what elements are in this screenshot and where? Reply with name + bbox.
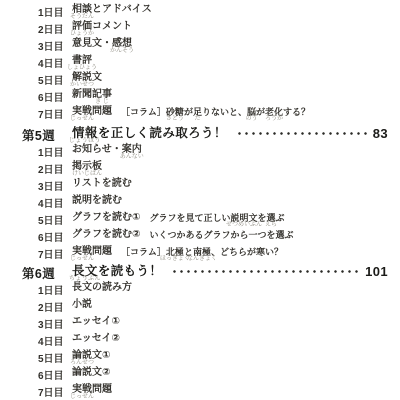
toc-day-row: 4日目エッセイ② — [0, 333, 400, 350]
column-note: ［コラム］砂糖さとうが足たりないと、脳のうが老化ろうかする？ — [121, 106, 310, 118]
toc-day-row: 4日目説明を読む — [0, 195, 400, 212]
toc-day-row: 1日目長文の読み方 — [0, 282, 400, 299]
day-title: 長文の読み方 — [72, 282, 132, 293]
text-segment: とアドバイス — [92, 4, 152, 15]
text-segment: エッセイ② — [72, 333, 120, 344]
text-segment: 選えら — [267, 213, 276, 224]
kanji-text: 問題 — [92, 106, 112, 117]
day-label: 5日目 — [38, 72, 72, 87]
day-label: 4日目 — [38, 333, 72, 348]
furigana: かいせつ — [70, 82, 94, 88]
text-segment: 長文ちょうぶん — [72, 266, 98, 277]
furigana: じっせん — [70, 394, 94, 400]
kanji-text: を読もう！ — [98, 264, 163, 278]
text-segment: が — [184, 107, 193, 118]
kanji-text: 問題 — [92, 384, 112, 395]
kanji-text: とアドバイス — [92, 4, 152, 15]
text-segment: リストを読む — [72, 178, 132, 189]
day-label: 7日目 — [38, 384, 72, 399]
text-segment: コメント — [92, 21, 132, 32]
text-segment: 案内あんない — [122, 144, 142, 155]
day-label: 3日目 — [38, 178, 72, 193]
dotted-leader — [171, 270, 360, 273]
text-segment: ［コラム］ — [121, 107, 166, 118]
day-label: 2日目 — [38, 21, 72, 36]
kanji-text: ［コラム］ — [121, 107, 166, 117]
week-number: 第6週 — [22, 264, 72, 282]
kanji-text: グラフを読む② — [72, 229, 140, 240]
text-segment: 相談そうだん — [72, 4, 92, 15]
text-segment: 文 — [92, 72, 102, 83]
day-label: 7日目 — [38, 246, 72, 261]
text-segment: 老化ろうか — [265, 107, 283, 118]
text-segment: 実戦じっせん — [72, 246, 92, 257]
furigana: けいじばん — [72, 171, 102, 177]
day-label: 5日目 — [38, 350, 72, 365]
day-title: 掲示板けいじばん — [72, 161, 102, 172]
toc-day-row: 6日目論説文② — [0, 367, 400, 384]
kanji-text: 説明を読む — [72, 195, 122, 206]
day-title: グラフを読む② — [72, 229, 140, 240]
day-title: 論説文② — [72, 367, 110, 378]
column-note: ［コラム］北極ほっきょくと南極なんきょく、どちらが寒い？ — [121, 246, 283, 258]
kanji-text: 文 — [92, 72, 102, 83]
page-number: 83 — [373, 126, 388, 141]
text-segment: 問題 — [92, 246, 112, 257]
furigana: そうだん — [70, 14, 94, 20]
dotted-leader — [236, 132, 368, 135]
column-note: いくつかあるグラフから一つを選ぶ — [149, 229, 293, 241]
day-label: 1日目 — [38, 144, 72, 159]
kanji-text: グラフを読む① — [72, 212, 140, 223]
day-title: 小説 — [72, 299, 92, 310]
text-segment: 書評しょひょう — [72, 55, 92, 66]
toc-day-row: 3日目リストを読む — [0, 178, 400, 195]
toc-day-row: 2日目評価ひょうかコメント — [0, 21, 400, 38]
day-title: グラフを読む① — [72, 212, 140, 223]
text-segment: 論説文② — [72, 367, 110, 378]
text-segment: 問題 — [92, 384, 112, 395]
furigana: た — [194, 116, 200, 122]
text-segment: りないと、 — [202, 107, 247, 118]
text-segment: いくつかあるグラフから一つを選ぶ — [149, 230, 293, 241]
kanji-text: を正しく読み取ろう！ — [98, 126, 227, 140]
kanji-text: 文① — [92, 350, 110, 361]
day-title: 論説ろんせつ文① — [72, 350, 110, 361]
column-note: グラフを見て正しい説明文せつめいぶんを選えらぶ — [149, 212, 284, 224]
text-segment: グラフを読む① — [72, 212, 140, 223]
day-label: 2日目 — [38, 299, 72, 314]
week-title: 長文ちょうぶんを読もう！ — [72, 264, 162, 278]
furigana: じっせん — [70, 256, 94, 262]
kanji-text: ぶ — [276, 213, 285, 223]
kanji-text: コメント — [92, 21, 132, 32]
day-label: 7日目 — [38, 106, 72, 121]
kanji-text: 小説 — [72, 299, 92, 310]
kanji-text: エッセイ① — [72, 316, 120, 327]
text-segment: ぶ — [276, 213, 285, 224]
day-label: 5日目 — [38, 212, 72, 227]
day-label: 6日目 — [38, 367, 72, 382]
text-segment: 説明文せつめいぶん — [230, 213, 257, 224]
text-segment: が — [256, 107, 265, 118]
day-title: 実戦じっせん問題 — [72, 246, 112, 257]
furigana: き じ — [95, 99, 109, 105]
text-segment: 脳のう — [247, 107, 256, 118]
text-segment: 文① — [92, 350, 110, 361]
kanji-text: グラフを見て正しい — [149, 213, 230, 223]
day-title: エッセイ① — [72, 316, 120, 327]
text-segment: 南極なんきょく — [193, 247, 211, 258]
day-title: 書評しょひょう — [72, 55, 92, 66]
day-title: 評価ひょうかコメント — [72, 21, 132, 32]
furigana: ろうか — [265, 116, 283, 122]
text-segment: 北極ほっきょく — [166, 247, 184, 258]
toc-day-row: 5日目グラフを読む①グラフを見て正しい説明文せつめいぶんを選えらぶ — [0, 212, 400, 229]
text-segment: 記事き じ — [92, 89, 112, 100]
furigana: ろんせつ — [70, 360, 94, 366]
week-header: 第5週情報じょうほうを正しく読み取ろう！83 — [0, 126, 400, 144]
kanji-text: いくつかあるグラフから一つを選ぶ — [149, 230, 293, 240]
kanji-text: 意見文・ — [72, 38, 112, 49]
furigana: じっせん — [70, 116, 94, 122]
kanji-text: エッセイ② — [72, 333, 120, 344]
page-number: 101 — [365, 264, 388, 279]
kanji-text: 、どちらが寒い？ — [211, 247, 283, 257]
kanji-text: 長文の読み方 — [72, 282, 132, 293]
toc-day-row: 6日目新聞記事き じ — [0, 89, 400, 106]
day-label: 4日目 — [38, 195, 72, 210]
week-title: 情報じょうほうを正しく読み取ろう！ — [72, 126, 227, 140]
toc-day-row: 7日目実戦じっせん問題［コラム］北極ほっきょくと南極なんきょく、どちらが寒い？ — [0, 246, 400, 263]
day-title: 実戦じっせん問題 — [72, 384, 112, 395]
text-segment: 新聞 — [72, 89, 92, 100]
furigana: ひょうか — [70, 31, 94, 37]
day-label: 1日目 — [38, 4, 72, 19]
toc-day-row: 3日目エッセイ① — [0, 316, 400, 333]
day-title: 実戦じっせん問題 — [72, 106, 112, 117]
day-title: 相談そうだんとアドバイス — [72, 4, 152, 15]
day-title: 説明を読む — [72, 195, 122, 206]
text-segment: 掲示板けいじばん — [72, 161, 102, 172]
text-segment: 、どちらが寒い？ — [211, 247, 283, 258]
day-title: 意見文・感想かんそう — [72, 38, 132, 49]
toc-day-row: 2日目掲示板けいじばん — [0, 161, 400, 178]
toc-day-row: 5日目解説かいせつ文 — [0, 72, 400, 89]
text-segment: 情報じょうほう — [72, 128, 98, 139]
text-segment: グラフを見て正しい — [149, 213, 230, 224]
toc-day-row: 1日目お知らせ・案内あんない — [0, 144, 400, 161]
furigana: さとう — [166, 116, 184, 122]
toc-day-row: 5日目論説ろんせつ文① — [0, 350, 400, 367]
table-of-contents: 1日目相談そうだんとアドバイス2日目評価ひょうかコメント3日目意見文・感想かんそ… — [0, 0, 400, 400]
text-segment: グラフを読む② — [72, 229, 140, 240]
toc-day-row: 6日目グラフを読む②いくつかあるグラフから一つを選ぶ — [0, 229, 400, 246]
text-segment: 実戦じっせん — [72, 106, 92, 117]
kanji-text: りないと、 — [202, 107, 247, 117]
toc-day-row: 7日目実戦じっせん問題 — [0, 384, 400, 400]
kanji-text: する？ — [283, 107, 310, 117]
day-label: 6日目 — [38, 89, 72, 104]
toc-day-row: 1日目相談そうだんとアドバイス — [0, 4, 400, 21]
day-title: 解説かいせつ文 — [72, 72, 102, 83]
toc-day-row: 2日目小説 — [0, 299, 400, 316]
text-segment: エッセイ① — [72, 316, 120, 327]
text-segment: を正しく読み取ろう！ — [98, 128, 227, 139]
text-segment: 長文の読み方 — [72, 282, 132, 293]
day-label: 3日目 — [38, 316, 72, 331]
text-segment: 意見文・ — [72, 38, 112, 49]
kanji-text: が — [184, 107, 193, 117]
day-label: 6日目 — [38, 229, 72, 244]
toc-section-2: 第5週情報じょうほうを正しく読み取ろう！831日目お知らせ・案内あんない2日目掲… — [0, 126, 400, 263]
furigana: かんそう — [110, 48, 134, 54]
kanji-text: 問題 — [92, 246, 112, 257]
kanji-text: お知らせ・ — [72, 144, 122, 155]
day-title: エッセイ② — [72, 333, 120, 344]
text-segment: 解説かいせつ — [72, 72, 92, 83]
toc-day-row: 4日目書評しょひょう — [0, 55, 400, 72]
text-segment: 評価ひょうか — [72, 21, 92, 32]
toc-day-row: 3日目意見文・感想かんそう — [0, 38, 400, 55]
furigana: しょひょう — [67, 65, 97, 71]
week-header: 第6週長文ちょうぶんを読もう！101 — [0, 264, 400, 282]
kanji-text: リストを読む — [72, 178, 132, 189]
kanji-text: 論説文② — [72, 367, 110, 378]
text-segment: 論説ろんせつ — [72, 350, 92, 361]
furigana: あんない — [120, 154, 144, 160]
text-segment: を読もう！ — [98, 266, 163, 277]
kanji-text: が — [256, 107, 265, 117]
toc-section-1: 1日目相談そうだんとアドバイス2日目評価ひょうかコメント3日目意見文・感想かんそ… — [0, 4, 400, 123]
toc-day-row: 7日目実戦じっせん問題［コラム］砂糖さとうが足たりないと、脳のうが老化ろうかする… — [0, 106, 400, 123]
kanji-text: 新聞 — [72, 89, 92, 100]
day-title: 新聞記事き じ — [72, 89, 112, 100]
text-segment: お知らせ・ — [72, 144, 122, 155]
text-segment: する？ — [283, 107, 310, 118]
day-label: 3日目 — [38, 38, 72, 53]
text-segment: 小説 — [72, 299, 92, 310]
day-label: 1日目 — [38, 282, 72, 297]
day-label: 2日目 — [38, 161, 72, 176]
text-segment: 問題 — [92, 106, 112, 117]
day-title: リストを読む — [72, 178, 132, 189]
text-segment: 足た — [193, 107, 202, 118]
text-segment: 実戦じっせん — [72, 384, 92, 395]
day-title: お知らせ・案内あんない — [72, 144, 142, 155]
toc-section-3: 第6週長文ちょうぶんを読もう！1011日目長文の読み方2日目小説3日目エッセイ①… — [0, 264, 400, 400]
text-segment: 説明を読む — [72, 195, 122, 206]
week-number: 第5週 — [22, 126, 72, 144]
text-segment: 感想かんそう — [112, 38, 132, 49]
text-segment: 砂糖さとう — [166, 107, 184, 118]
